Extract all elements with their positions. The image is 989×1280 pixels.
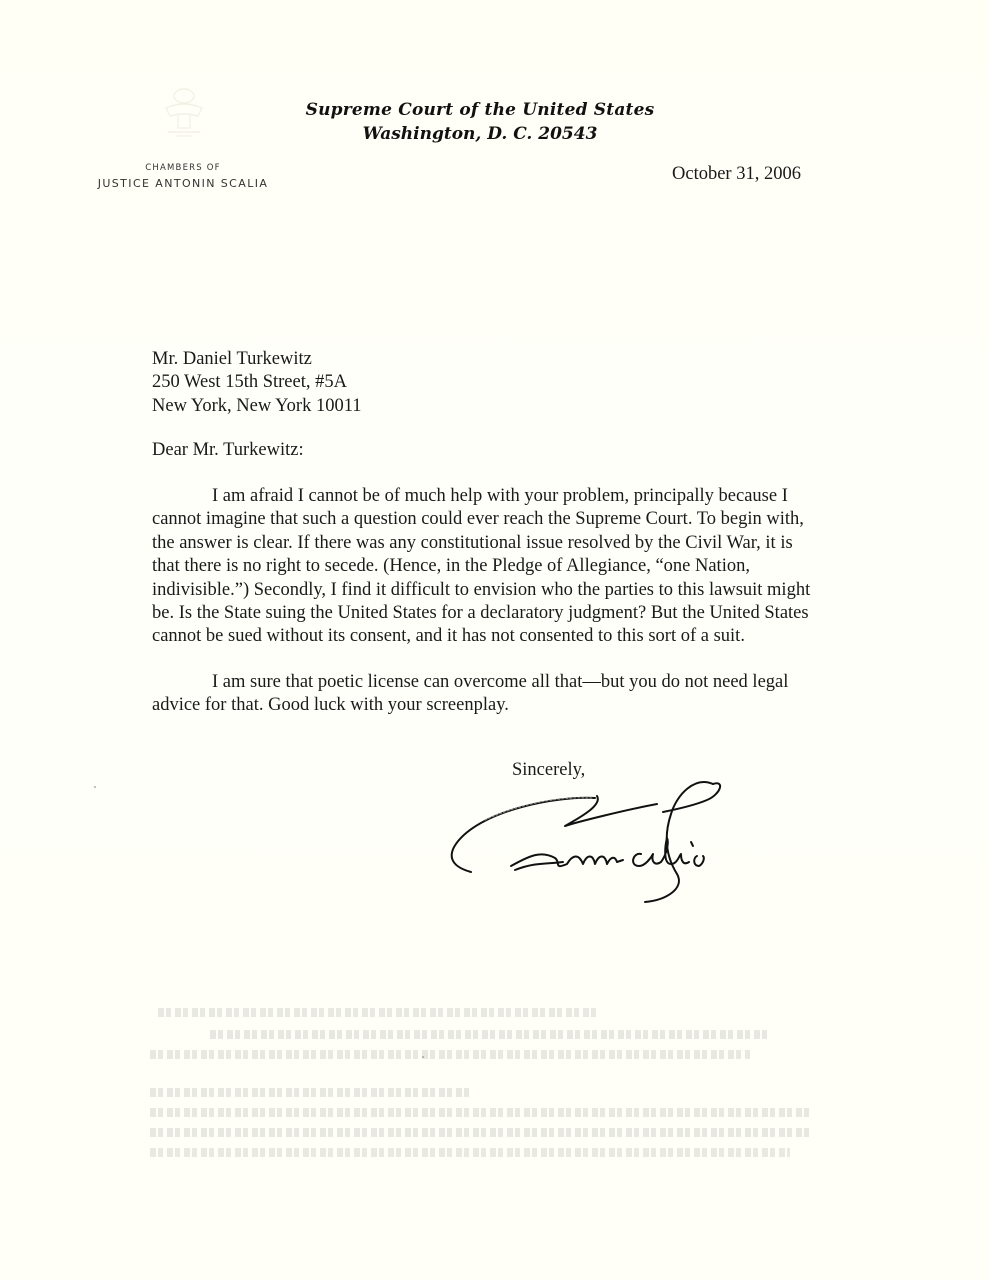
paper-speck xyxy=(94,786,96,788)
paper-speck xyxy=(422,1056,424,1058)
salutation: Dear Mr. Turkewitz: xyxy=(152,439,304,462)
letterhead: Supreme Court of the United States Washi… xyxy=(300,98,660,146)
signature-icon xyxy=(445,770,775,910)
bleed-through-reverse-text xyxy=(150,990,840,1170)
body-paragraph: I am afraid I cannot be of much help wit… xyxy=(152,485,812,649)
recipient-name: Mr. Daniel Turkewitz xyxy=(152,348,362,371)
letterhead-court-name: Supreme Court of the United States xyxy=(300,98,660,122)
chambers-justice-name: JUSTICE ANTONIN SCALIA xyxy=(88,174,278,194)
letter-page: Supreme Court of the United States Washi… xyxy=(0,0,989,1280)
chambers-label: CHAMBERS OF xyxy=(88,162,278,174)
chambers-block: CHAMBERS OF JUSTICE ANTONIN SCALIA xyxy=(88,162,278,194)
seal-emboss-icon xyxy=(158,82,210,140)
letter-body: I am afraid I cannot be of much help wit… xyxy=(152,485,812,740)
body-paragraph: I am sure that poetic license can overco… xyxy=(152,671,812,718)
letterhead-address: Washington, D. C. 20543 xyxy=(300,122,660,146)
recipient-address: Mr. Daniel Turkewitz 250 West 15th Stree… xyxy=(152,348,362,418)
recipient-city: New York, New York 10011 xyxy=(152,395,362,418)
letter-date: October 31, 2006 xyxy=(672,163,801,186)
recipient-street: 250 West 15th Street, #5A xyxy=(152,371,362,394)
